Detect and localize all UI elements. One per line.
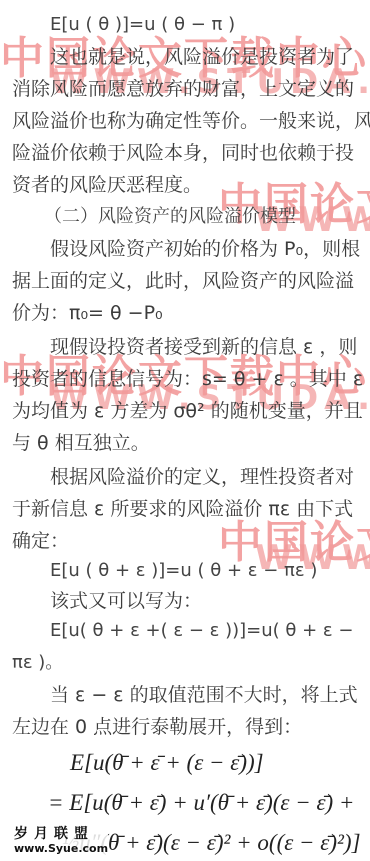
equation-line: E[u( θ + ε +( ε − ε ))]=u( θ + ε − xyxy=(50,620,353,642)
paragraph-line: 根据风险溢价的定义，理性投资者对 xyxy=(50,466,354,488)
paragraph-line: 为均值为 ε 方差为 σθ² 的随机变量，并且 ε xyxy=(12,400,370,422)
paragraph-line: 于新信息 ε 所要求的风险溢价 πε 由下式 xyxy=(12,498,353,520)
equation-line: E[u ( θ + ε )]=u ( θ + ε − πε ) xyxy=(50,560,317,582)
logo-cn-text: 岁月联盟 xyxy=(14,826,108,842)
taylor-formula-line-2: = E[u(θ̄ + ε̄) + u′(θ̄ + ε̄)(ε − ε̄) + xyxy=(48,790,354,816)
paragraph-line: 据上面的定义，此时，风险资产的风险溢 xyxy=(12,270,354,292)
paragraph-line: 现假设投资者接受到新的信息 ε ，则 xyxy=(50,336,357,358)
paragraph-line: 投资者的信息信号为：s= θ + ε 。其中 ε xyxy=(12,368,363,390)
paragraph-line: 假设风险资产初始的价格为 P₀，则根 xyxy=(50,238,360,260)
paragraph-line: 当 ε − ε 的取值范围不大时，将上式 xyxy=(50,684,358,706)
paragraph-line: 风险溢价也称为确定性等价。一般来说，风 xyxy=(12,110,370,132)
site-logo: 岁月联盟 www.Syue.com xyxy=(14,826,108,856)
paragraph-line: 这也就是说，风险溢价是投资者为了 xyxy=(50,46,354,68)
logo-url-text: www.Syue.com xyxy=(14,842,108,856)
paragraph-line: 与 θ 相互独立。 xyxy=(12,432,150,454)
taylor-formula-line-1: E[u(θ̄ + ε̄ + (ε − ε̄))] xyxy=(70,750,264,776)
equation-line: E[u ( θ )]=u ( θ − π ) xyxy=(50,14,235,36)
section-heading: （二）风险资产的风险溢价模型 xyxy=(44,206,296,228)
equation-line: πε )。 xyxy=(12,652,63,674)
paragraph-line: 该式又可以写为： xyxy=(50,590,202,612)
paragraph-line: 资者的风险厌恶程度。 xyxy=(12,174,202,196)
document-page: 中国论文下载中心 WWW.STUDA.NET 中国论文 WWW.S 中国论文下载… xyxy=(0,0,370,861)
paragraph-line: 险溢价依赖于风险本身，同时也依赖于投 xyxy=(12,142,354,164)
paragraph-line: 价为：π₀= θ −P₀ xyxy=(12,302,163,324)
paragraph-line: 消除风险而愿意放弃的财富，上文定义的 xyxy=(12,78,354,100)
paragraph-line: 左边在 0 点进行泰勒展开，得到： xyxy=(12,716,302,738)
paragraph-line: 确定： xyxy=(12,530,69,552)
